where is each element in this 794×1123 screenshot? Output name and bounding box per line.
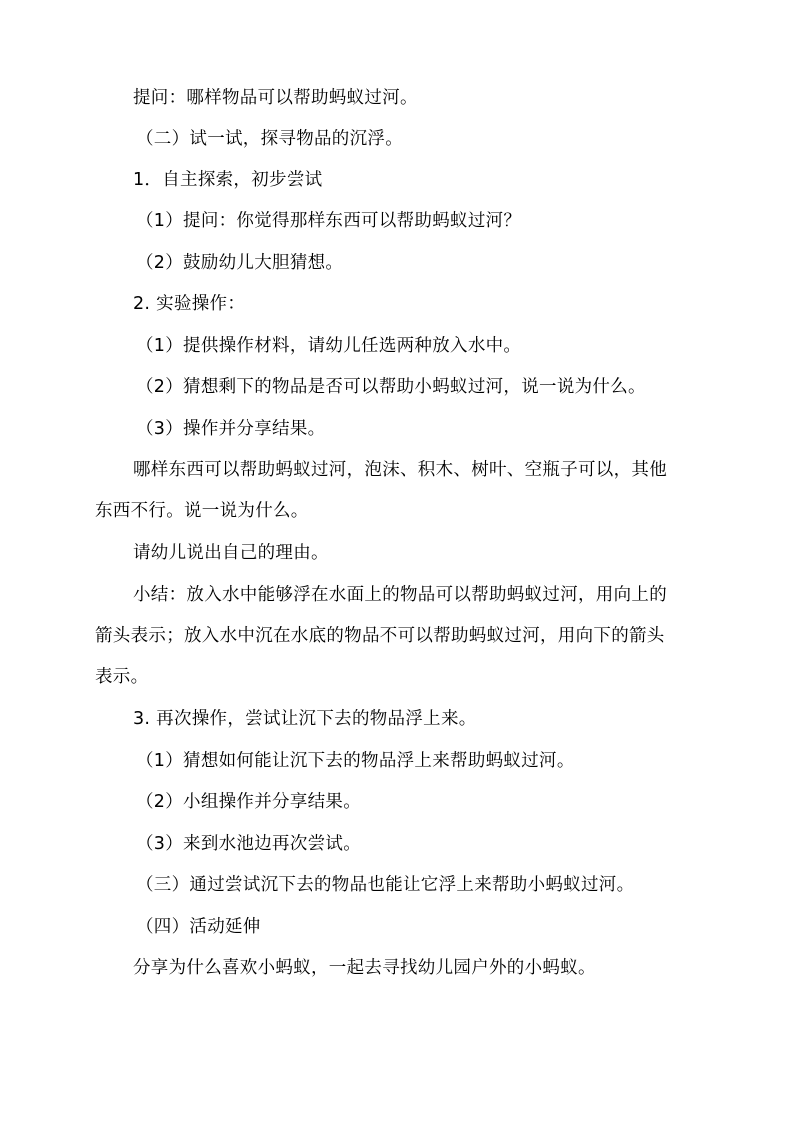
step-heading-1: 1．自主探索，初步尝试 — [133, 169, 322, 191]
paragraph-summary-line-3: 表示。 — [95, 666, 148, 688]
section-heading-2: （二）试一试，探寻物品的沉浮。 — [136, 128, 403, 150]
step-heading-2: 2. 实验操作： — [133, 293, 245, 315]
step-1-item-2: （2）鼓励幼儿大胆猜想。 — [136, 252, 343, 274]
step-2-item-2: （2）猜想剩下的物品是否可以帮助小蚂蚁过河，说一说为什么。 — [136, 376, 646, 398]
paragraph-extension: 分享为什么喜欢小蚂蚁，一起去寻找幼儿园户外的小蚂蚁。 — [133, 957, 596, 979]
step-2-item-1: （1）提供操作材料，请幼儿任选两种放入水中。 — [136, 335, 521, 357]
step-3-item-1: （1）猜想如何能让沉下去的物品浮上来帮助蚂蚁过河。 — [136, 750, 575, 772]
step-3-item-2: （2）小组操作并分享结果。 — [136, 791, 361, 813]
paragraph-reason: 请幼儿说出自己的理由。 — [133, 542, 329, 564]
step-3-item-3: （3）来到水池边再次尝试。 — [136, 833, 361, 855]
section-heading-4: （四）活动延伸 — [136, 916, 261, 938]
paragraph-summary-line-2: 箭头表示；放入水中沉在水底的物品不可以帮助蚂蚁过河，用向下的箭头 — [95, 625, 665, 647]
document-page: 提问：哪样物品可以帮助蚂蚁过河。 （二）试一试，探寻物品的沉浮。 1．自主探索，… — [0, 0, 794, 1123]
step-heading-3: 3. 再次操作，尝试让沉下去的物品浮上来。 — [133, 708, 477, 730]
paragraph-result-line-2: 东西不行。说一说为什么。 — [95, 500, 309, 522]
paragraph-summary-line-1: 小结：放入水中能够浮在水面上的物品可以帮助蚂蚁过河，用向上的 — [133, 584, 667, 606]
step-2-item-3: （3）操作并分享结果。 — [136, 418, 325, 440]
question-line: 提问：哪样物品可以帮助蚂蚁过河。 — [133, 87, 418, 109]
step-1-item-1: （1）提问：你觉得那样东西可以帮助蚂蚁过河？ — [136, 210, 521, 232]
paragraph-result-line-1: 哪样东西可以帮助蚂蚁过河，泡沫、积木、树叶、空瓶子可以，其他 — [133, 459, 667, 481]
section-heading-3: （三）通过尝试沉下去的物品也能让它浮上来帮助小蚂蚁过河。 — [136, 874, 634, 896]
